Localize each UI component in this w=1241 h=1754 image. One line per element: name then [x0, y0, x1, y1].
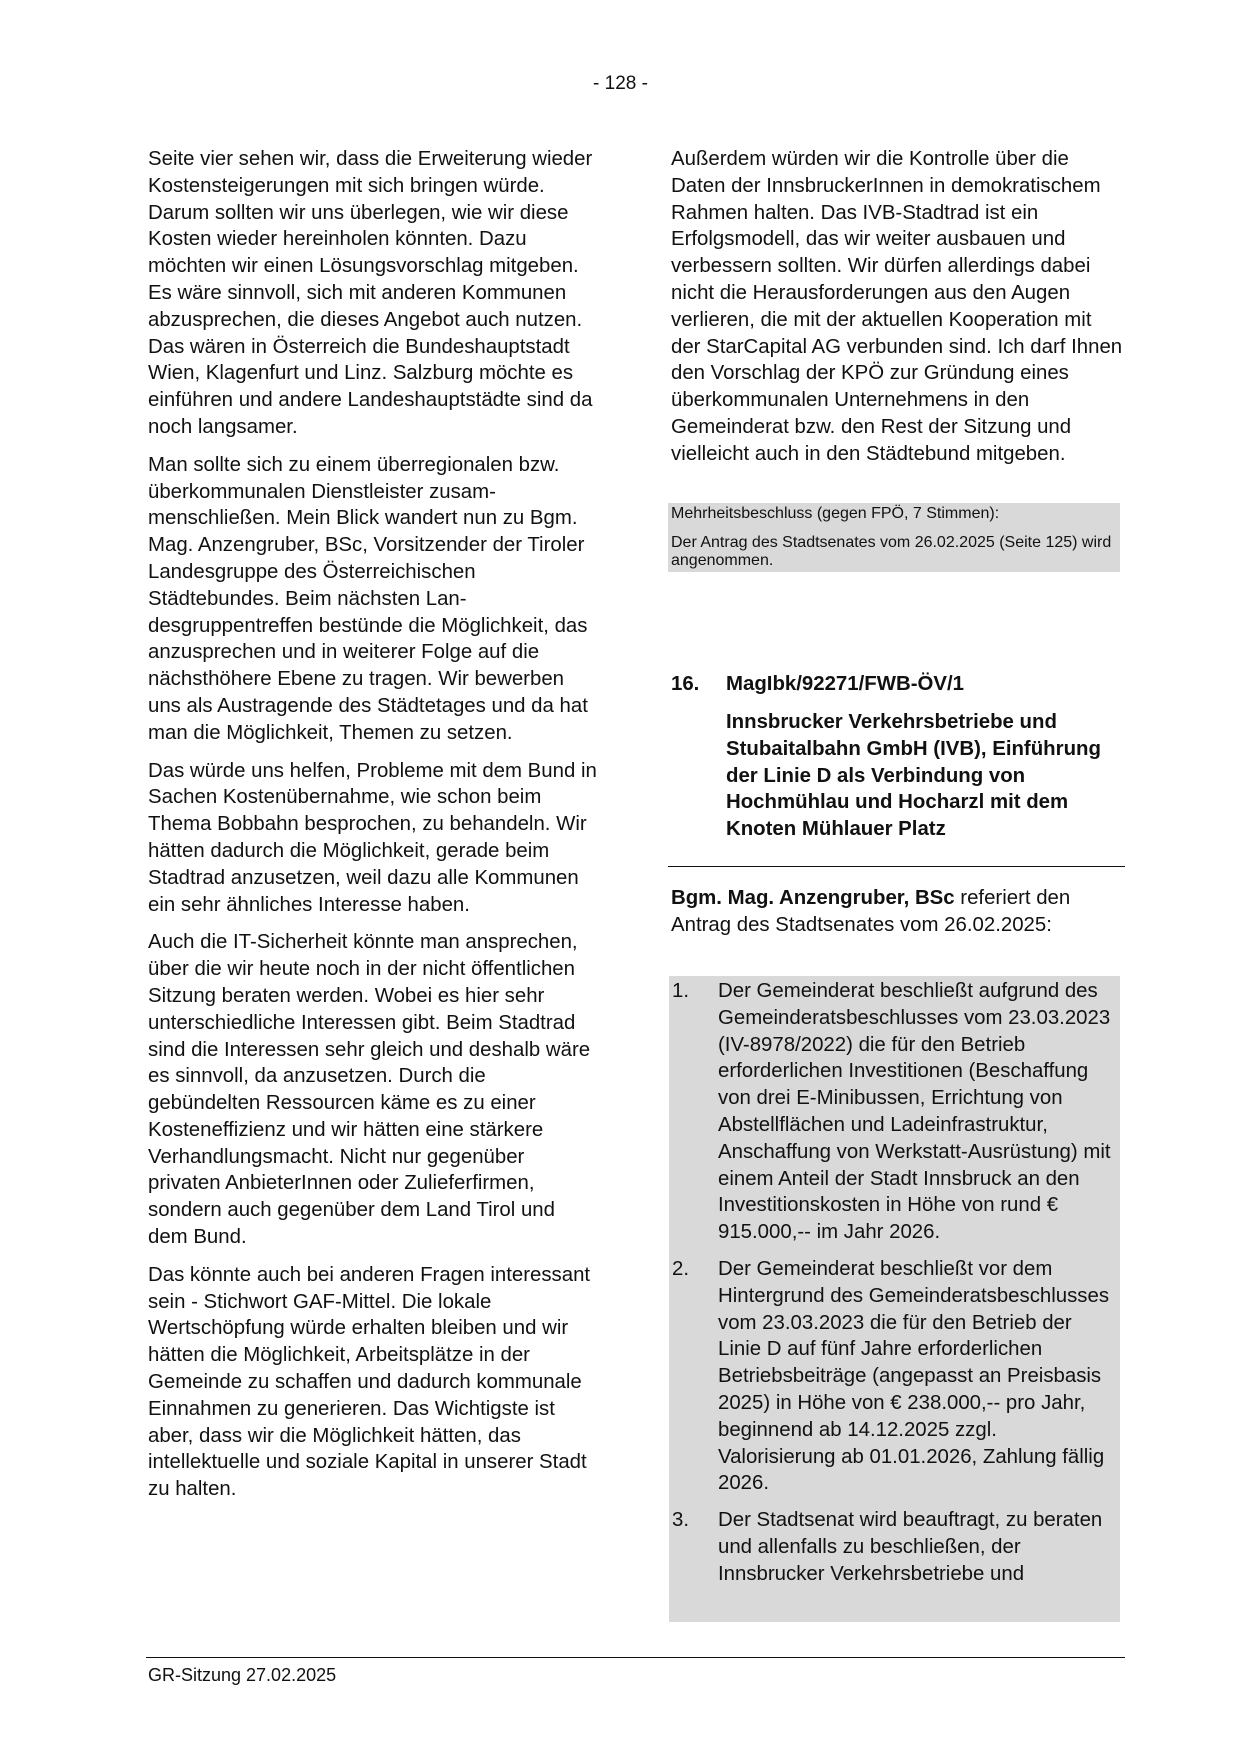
motion-item: 3. Der Stadtsenat wird beauftragt, zu be…	[669, 1507, 1120, 1587]
decision-text: Der Antrag des Stadtsenates vom 26.02.20…	[671, 534, 1120, 570]
heading-divider	[668, 866, 1125, 867]
motion-item-text: Der Gemeinderat beschließt vor dem Hinte…	[718, 1258, 1109, 1494]
paragraph: Seite vier sehen wir, dass die Erweiteru…	[148, 146, 598, 441]
decision-block: Mehrheitsbeschluss (gegen FPÖ, 7 Stim­me…	[668, 503, 1120, 572]
paragraph: Man sollte sich zu einem überregionalen …	[148, 452, 598, 747]
paragraph: Das könnte auch bei anderen Fragen inte­…	[148, 1262, 598, 1503]
motion-item-text: Der Stadtsenat wird beauftragt, zu be­ra…	[718, 1509, 1102, 1585]
motion-item-number: 2.	[672, 1256, 689, 1283]
referent-statement: Bgm. Mag. Anzengruber, BSc referiert den…	[671, 885, 1123, 939]
page-number: - 128 -	[0, 72, 1241, 96]
motion-item-text: Der Gemeinderat beschließt aufgrund des …	[718, 980, 1111, 1243]
right-column: Außerdem würden wir die Kontrolle über d…	[671, 146, 1123, 479]
footer-divider	[146, 1657, 1125, 1658]
motion-list: 1. Der Gemeinderat beschließt aufgrund d…	[669, 976, 1120, 1622]
paragraph: Das würde uns helfen, Probleme mit dem B…	[148, 758, 598, 919]
motion-item: 1. Der Gemeinderat beschließt aufgrund d…	[669, 978, 1120, 1246]
agenda-item-number: 16.	[671, 671, 699, 698]
agenda-item-code: MagIbk/92271/FWB-ÖV/1	[726, 671, 964, 698]
left-column: Seite vier sehen wir, dass die Erweiteru…	[148, 146, 598, 1514]
motion-item-number: 3.	[672, 1507, 689, 1534]
motion-item: 2. Der Gemeinderat beschließt vor dem Hi…	[669, 1256, 1120, 1497]
footer-session-label: GR-Sitzung 27.02.2025	[148, 1664, 336, 1686]
agenda-item-title: Innsbrucker Verkehrsbetriebe und Stubait…	[726, 709, 1126, 843]
paragraph: Auch die IT-Sicherheit könnte man anspre…	[148, 929, 598, 1251]
vote-result: Mehrheitsbeschluss (gegen FPÖ, 7 Stim­me…	[671, 505, 1120, 523]
referent-name: Bgm. Mag. Anzengruber, BSc	[671, 887, 955, 909]
paragraph: Außerdem würden wir die Kontrolle über d…	[671, 146, 1123, 468]
motion-item-number: 1.	[672, 978, 689, 1005]
